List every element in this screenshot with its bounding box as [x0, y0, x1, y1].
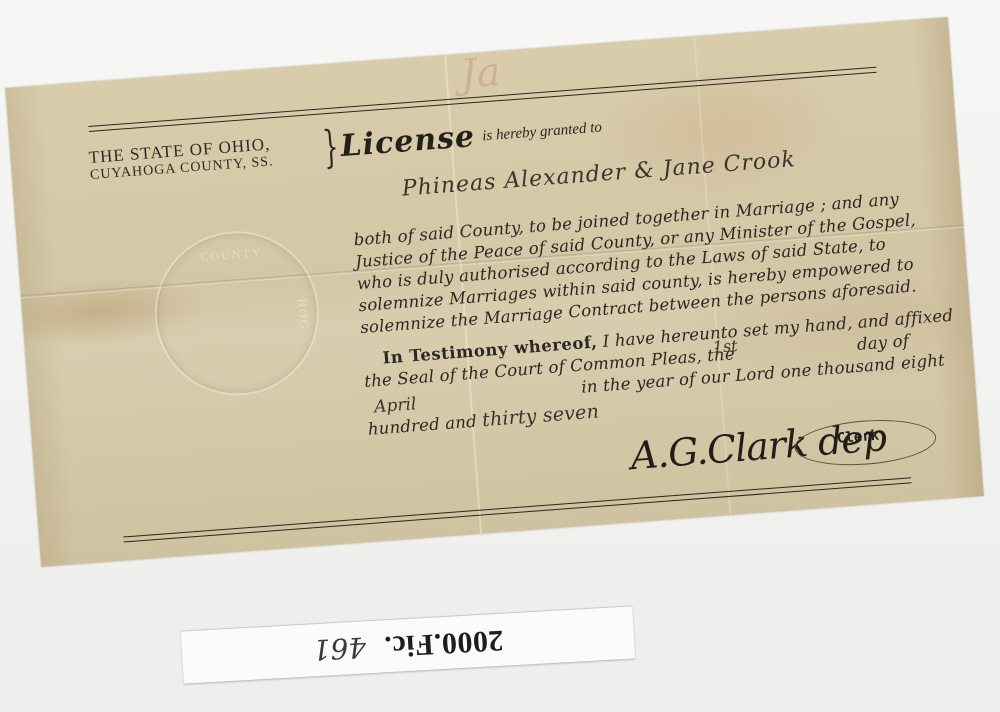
brace-symbol: }: [321, 125, 340, 170]
ink-bleed-through: Ja: [459, 49, 502, 98]
license-title: License: [339, 119, 476, 164]
archive-printed-code: 2000.Fic.: [383, 623, 504, 664]
marriage-license-document: Ja COUNTY HOG THE STATE OF OHIO, CUYAHOG…: [5, 17, 983, 567]
archive-handwritten-number: 461: [312, 631, 367, 667]
handwritten-names: Phineas Alexander & Jane Crook: [401, 147, 796, 202]
embossed-court-seal: COUNTY HOG: [149, 225, 325, 401]
seal-text-side: HOG: [294, 298, 311, 331]
handwritten-day: 1st: [712, 336, 738, 357]
testimony-line-4-prefix: hundred and: [367, 412, 477, 439]
handwritten-year: thirty seven: [481, 401, 599, 432]
seal-text-top: COUNTY: [200, 245, 263, 265]
testimony-day-of: day of: [856, 331, 909, 354]
granted-text: is hereby granted to: [482, 120, 603, 146]
